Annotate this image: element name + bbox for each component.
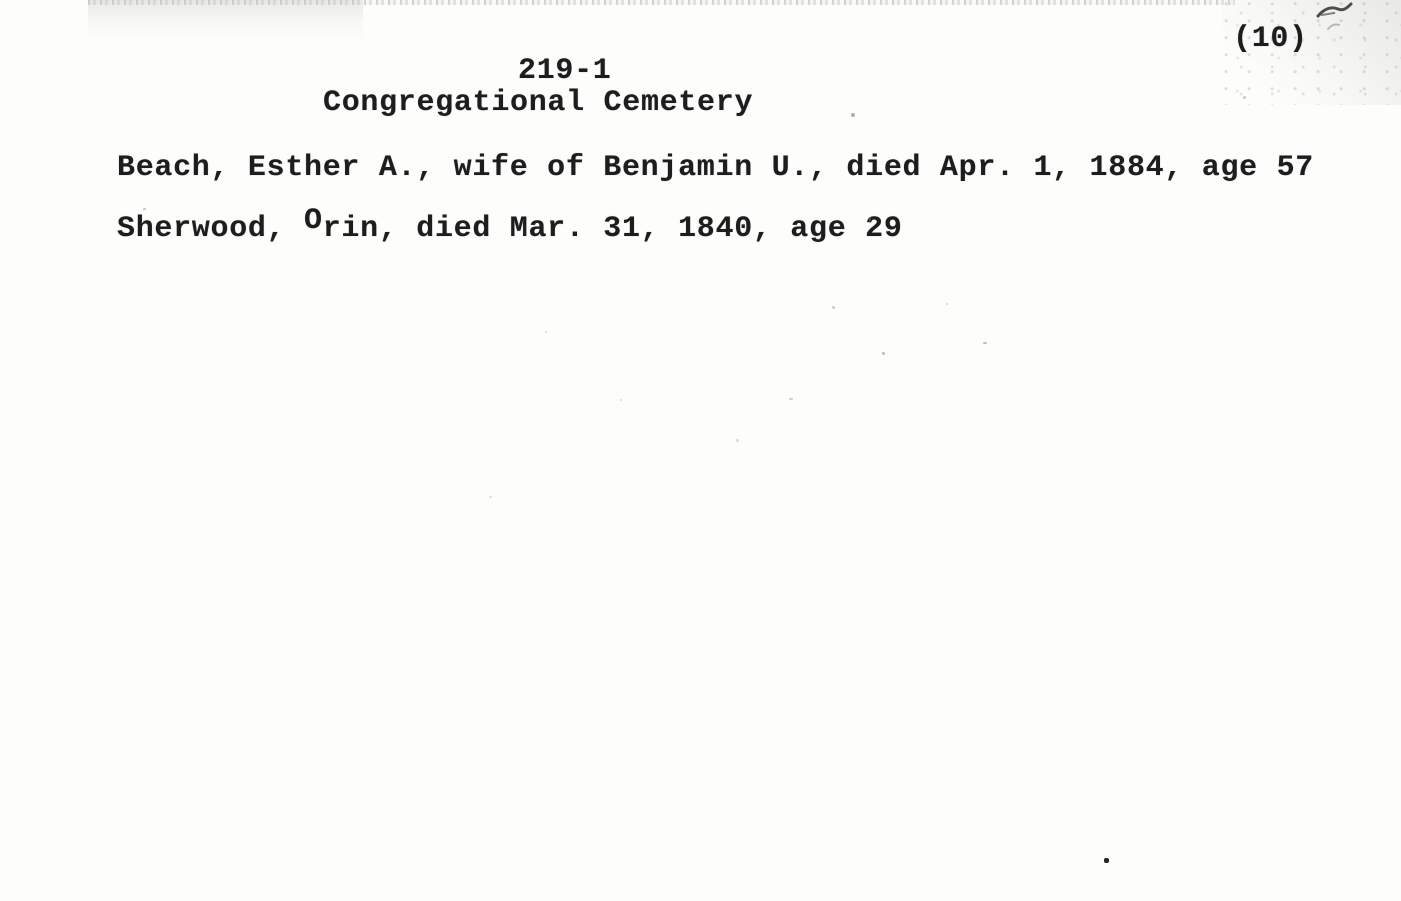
scan-speck <box>832 306 835 309</box>
scan-corner-shading-top-left <box>88 0 363 42</box>
scan-speck <box>489 496 492 498</box>
ink-dot-artifact <box>1104 858 1109 863</box>
record-entry-sherwood: Sherwood, Orin, died Mar. 31, 1840, age … <box>117 214 903 244</box>
scan-speck <box>789 398 793 400</box>
page-number: (10) <box>1233 24 1308 54</box>
scan-speck <box>143 208 146 210</box>
scan-speck <box>620 399 622 401</box>
pencil-smudge-mark <box>1314 1 1360 35</box>
record-entry-sherwood-suffix: rin, died Mar. 31, 1840, age 29 <box>323 212 903 246</box>
record-entry-sherwood-prefix: Sherwood, <box>117 212 304 246</box>
cemetery-name-heading: Congregational Cemetery <box>323 88 753 118</box>
scan-speck <box>869 217 871 223</box>
scan-speck <box>882 352 885 355</box>
scan-speck <box>736 439 739 442</box>
plot-number: 219-1 <box>518 56 612 86</box>
scanned-cemetery-record-card: (10) 219-1 Congregational Cemetery Beach… <box>0 0 1401 901</box>
record-entry-beach: Beach, Esther A., wife of Benjamin U., d… <box>117 153 1314 183</box>
scan-speck <box>983 342 987 344</box>
record-entry-sherwood-raised-letter: O <box>304 206 323 236</box>
scan-speck <box>946 303 948 305</box>
scan-speck <box>851 113 855 117</box>
scan-speck <box>545 331 547 333</box>
scan-speck <box>1243 96 1246 99</box>
